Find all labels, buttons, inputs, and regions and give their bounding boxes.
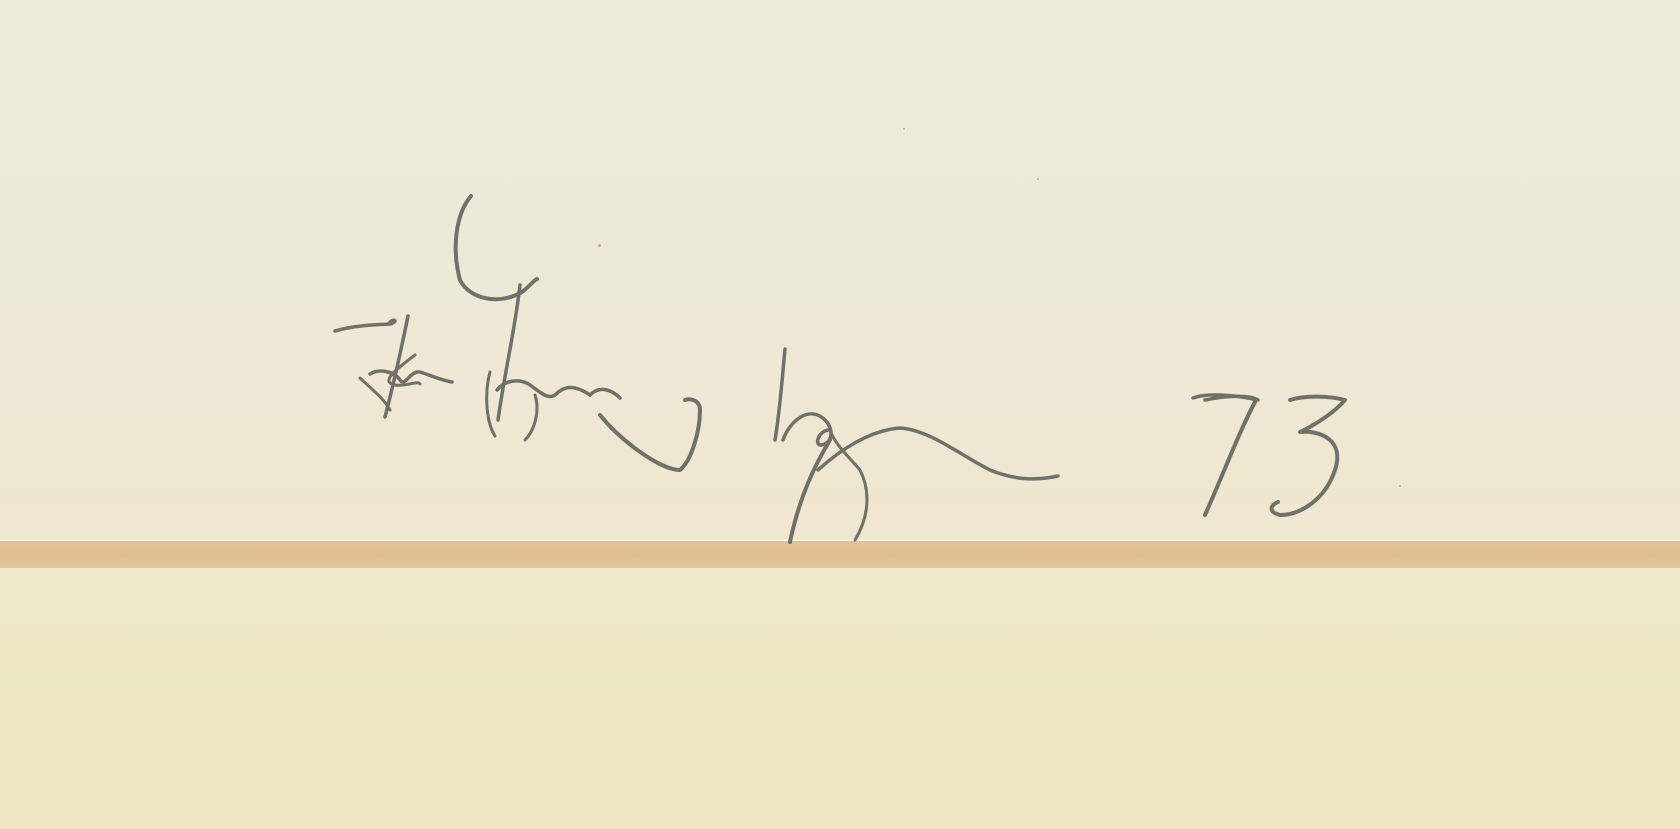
pencil-signature bbox=[0, 0, 1680, 829]
photo-scene: G. Rilowsky 73 bbox=[0, 0, 1680, 829]
